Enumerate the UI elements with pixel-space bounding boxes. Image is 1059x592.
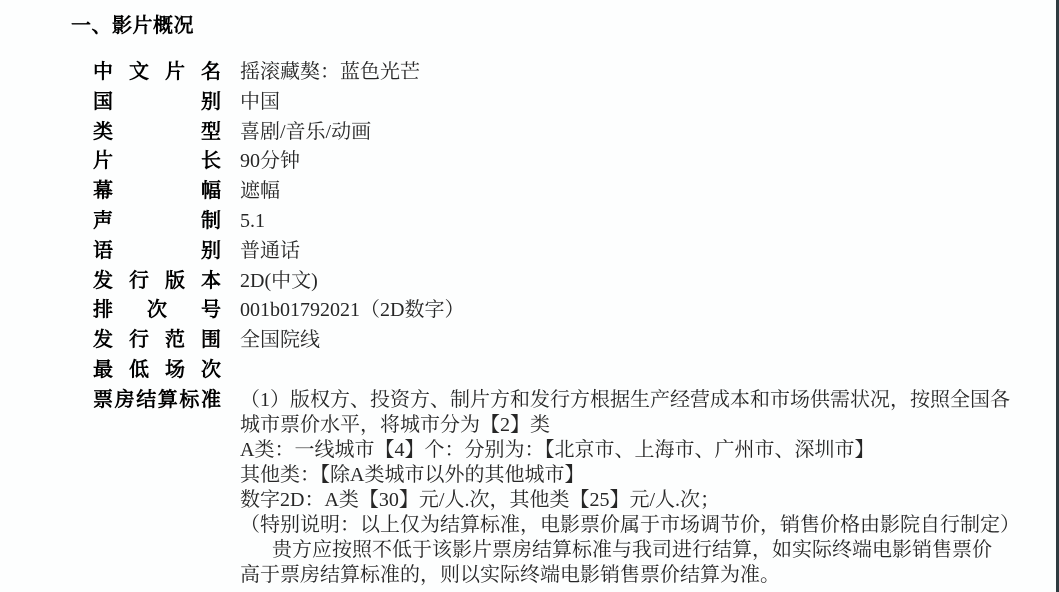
field-value: 全国院线	[240, 323, 320, 352]
field-row-minimum-screenings: 最低场次	[93, 353, 1059, 383]
field-label: 幕幅	[93, 174, 221, 203]
paragraph-line: 其他类：【除A类城市以外的其他城市】	[240, 463, 1020, 488]
field-row-sound: 声制 5.1	[93, 204, 1059, 234]
field-label: 语别	[93, 234, 221, 263]
paragraph-line: （特别说明：以上仅为结算标准，电影票价属于市场调节价，销售价格由影院自行制定）	[240, 513, 1020, 538]
field-label: 发行版本	[93, 264, 221, 293]
field-row-aspect: 幕幅 遮幅	[93, 174, 1059, 204]
field-value: 喜剧/音乐/动画	[240, 115, 371, 144]
field-value: 中国	[240, 85, 280, 114]
field-label: 最低场次	[93, 353, 221, 382]
document-page: 一、影片概况 中文片名 摇滚藏獒：蓝色光芒 国别 中国 类型 喜剧/音乐/动画 …	[0, 0, 1059, 592]
field-row-chinese-title: 中文片名 摇滚藏獒：蓝色光芒	[93, 55, 1059, 85]
settlement-paragraph: （1）版权方、投资方、制片方和发行方根据生产经营成本和市场供需状况，按照全国各 …	[240, 388, 1020, 588]
section-title: 一、影片概况	[71, 13, 1059, 39]
field-row-country: 国别 中国	[93, 85, 1059, 115]
field-row-release-scope: 发行范围 全国院线	[93, 323, 1059, 353]
field-label: 中文片名	[93, 55, 221, 84]
field-value: 001b01792021（2D数字）	[240, 293, 464, 322]
field-value: 90分钟	[240, 144, 300, 173]
paragraph-line: 贵方应按照不低于该影片票房结算标准与我司进行结算，如实际终端电影销售票价	[240, 538, 1020, 563]
field-value: 5.1	[240, 210, 265, 233]
paragraph-line: 数字2D：A类【30】元/人.次，其他类【25】元/人.次；	[240, 488, 1020, 513]
field-value: 2D(中文)	[240, 264, 318, 293]
field-label: 声制	[93, 204, 221, 233]
paragraph-line: 城市票价水平，将城市分为【2】类	[240, 413, 1020, 438]
field-row-genre: 类型 喜剧/音乐/动画	[93, 115, 1059, 145]
field-row-runtime: 片长 90分钟	[93, 144, 1059, 174]
field-row-release-version: 发行版本 2D(中文)	[93, 264, 1059, 294]
field-label: 类型	[93, 115, 221, 144]
paragraph-line: A类：一线城市【4】个：分别为：【北京市、上海市、广州市、深圳市】	[240, 438, 1020, 463]
field-row-settlement-standard: 票房结算标准 （1）版权方、投资方、制片方和发行方根据生产经营成本和市场供需状况…	[93, 388, 1059, 588]
field-label: 发行范围	[93, 323, 221, 352]
field-label: 票房结算标准	[93, 388, 221, 413]
field-label: 国别	[93, 85, 221, 114]
field-value: 摇滚藏獒：蓝色光芒	[240, 55, 420, 84]
field-label: 排次号	[93, 293, 221, 322]
field-value: 遮幅	[240, 174, 280, 203]
field-row-serial-number: 排次号 001b01792021（2D数字）	[93, 293, 1059, 323]
paragraph-line: （1）版权方、投资方、制片方和发行方根据生产经营成本和市场供需状况，按照全国各	[240, 388, 1020, 413]
paragraph-line: 高于票房结算标准的，则以实际终端电影销售票价结算为准。	[240, 563, 1020, 588]
field-label: 片长	[93, 144, 221, 173]
film-info-table: 中文片名 摇滚藏獒：蓝色光芒 国别 中国 类型 喜剧/音乐/动画 片长 90分钟…	[93, 55, 1059, 588]
field-value: 普通话	[240, 234, 300, 263]
field-row-language: 语别 普通话	[93, 234, 1059, 264]
